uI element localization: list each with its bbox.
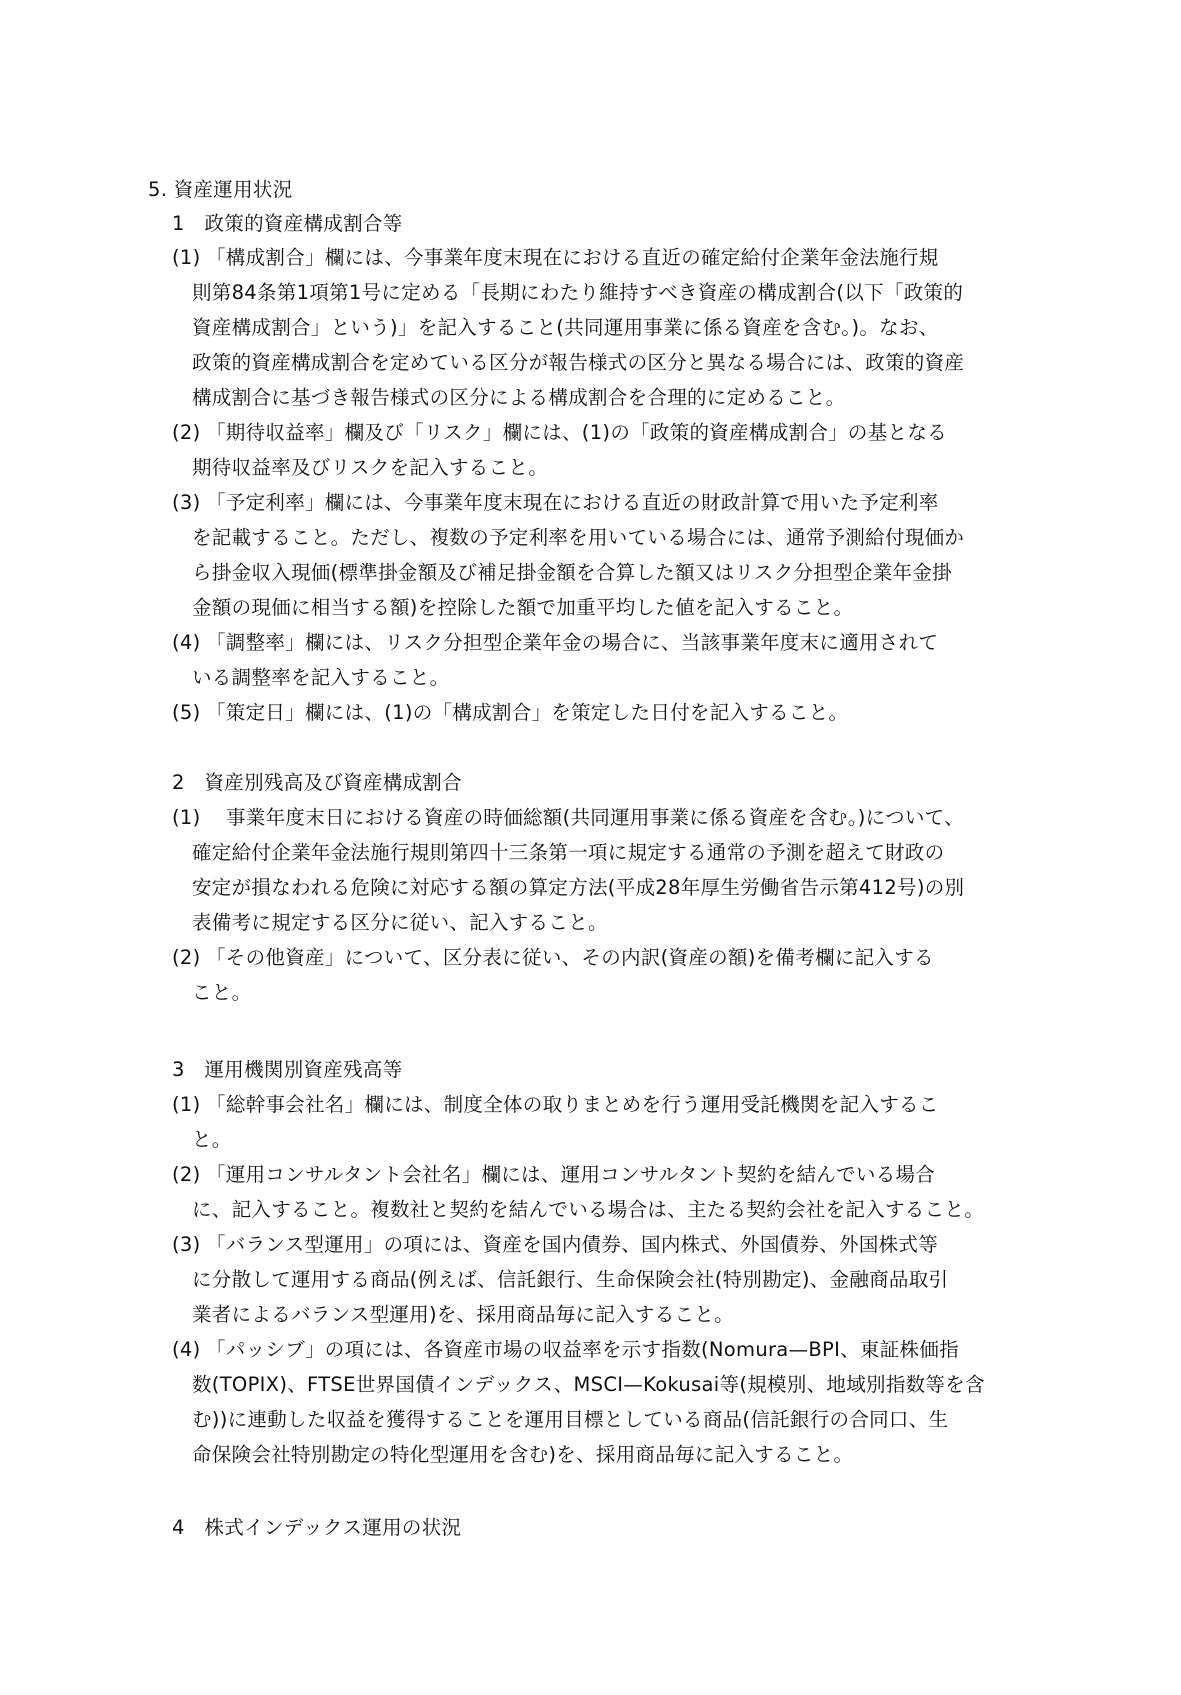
item-text: 「パッシブ」の項には、各資産市場の収益率を示す指数(Nomura—BPI、東証株… [206,1338,959,1362]
item-label: (4) [172,631,201,655]
item-label: (2) [172,421,201,445]
item-text: 業者によるバランス型運用)を、採用商品毎に記入すること。 [192,1303,734,1327]
item-label: (1) [172,1093,201,1117]
item-label: (3) [172,491,201,515]
subsection-3-heading: 3 運用機関別資産残高等 [172,1058,403,1082]
item-text: 金額の現価に相当する額)を控除した額で加重平均した値を記入すること。 [192,596,853,620]
item-text: ら掛金収入現価(標準掛金額及び補足掛金額を合算した額又はリスク分担型企業年金掛 [192,561,952,585]
item-text: 則第84条第1項第1号に定める「長期にわたり維持すべき資産の構成割合(以下「政策… [192,281,963,305]
item-text: に、記入すること。複数社と契約を結んでいる場合は、主たる契約会社を記入すること。 [192,1198,984,1222]
item-text: 構成割合に基づき報告様式の区分による構成割合を合理的に定めること。 [192,386,845,410]
item-text: 「バランス型運用」の項には、資産を国内債券、国内株式、外国債券、外国株式等 [206,1233,938,1257]
item-label: (3) [172,1233,201,1257]
item-text: こと。 [192,981,251,1005]
item-text: 確定給付企業年金法施行規則第四十三条第一項に規定する通常の予測を超えて財政の [192,841,944,865]
item-text: に分散して運用する商品(例えば、信託銀行、生命保険会社(特別勘定)、金融商品取引 [192,1268,948,1292]
item-label: (2) [172,946,201,970]
item-label: (1) [172,246,201,270]
item-text: 事業年度末日における資産の時価総額(共同運用事業に係る資産を含む。)について、 [226,806,964,830]
section-title: 5. 資産運用状況 [148,178,293,202]
item-text: 安定が損なわれる危険に対応する額の算定方法(平成28年厚生労働省告示第412号)… [192,876,964,900]
item-text: 政策的資産構成割合を定めている区分が報告様式の区分と異なる場合には、政策的資産 [192,351,964,375]
item-text: 「その他資産」について、区分表に従い、その内訳(資産の額)を備考欄に記入する [206,946,934,970]
item-text: 「予定利率」欄には、今事業年度末現在における直近の財政計算で用いた予定利率 [206,491,939,515]
item-text: を記載すること。ただし、複数の予定利率を用いている場合には、通常予測給付現価か [192,526,964,550]
subsection-1-heading: 1 政策的資産構成割合等 [172,212,403,236]
item-text: と。 [192,1128,232,1152]
item-text: 「運用コンサルタント会社名」欄には、運用コンサルタント契約を結んでいる場合 [206,1163,935,1187]
item-label: (2) [172,1163,201,1187]
subsection-4-heading: 4 株式インデックス運用の状況 [172,1516,461,1540]
item-text: 表備考に規定する区分に従い、記入すること。 [192,911,608,935]
subsection-2-heading: 2 資産別残高及び資産構成割合 [172,771,462,795]
item-text: 「構成割合」欄には、今事業年度末現在における直近の確定給付企業年金法施行規 [206,246,939,270]
item-text: いる調整率を記入すること。 [192,666,449,690]
item-label: (1) [172,806,201,830]
item-text: 期待収益率及びリスクを記入すること。 [192,456,548,480]
item-label: (4) [172,1338,201,1362]
item-text: 「期待収益率」欄及び「リスク」欄には、(1)の「政策的資産構成割合」の基となる [206,421,947,445]
item-text: 「策定日」欄には、(1)の「構成割合」を策定した日付を記入すること。 [206,701,848,725]
document-page: 5. 資産運用状況 1 政策的資産構成割合等 (1) 「構成割合」欄には、今事業… [0,0,1181,1695]
item-text: む))に連動した収益を獲得することを運用目標としている商品(信託銀行の合同口、生 [192,1408,948,1432]
item-text: 「総幹事会社名」欄には、制度全体の取りまとめを行う運用受託機関を記入するこ [206,1093,939,1117]
item-text: 数(TOPIX)、FTSE世界国債インデックス、MSCI—Kokusai等(規模… [192,1373,985,1397]
item-label: (5) [172,701,201,725]
item-text: 資産構成割合」という)」を記入すること(共同運用事業に係る資産を含む。)。なお、 [192,316,939,340]
item-text: 「調整率」欄には、リスク分担型企業年金の場合に、当該事業年度末に適用されて [206,631,938,655]
item-text: 命保険会社特別勘定の特化型運用を含む)を、採用商品毎に記入すること。 [192,1443,853,1467]
